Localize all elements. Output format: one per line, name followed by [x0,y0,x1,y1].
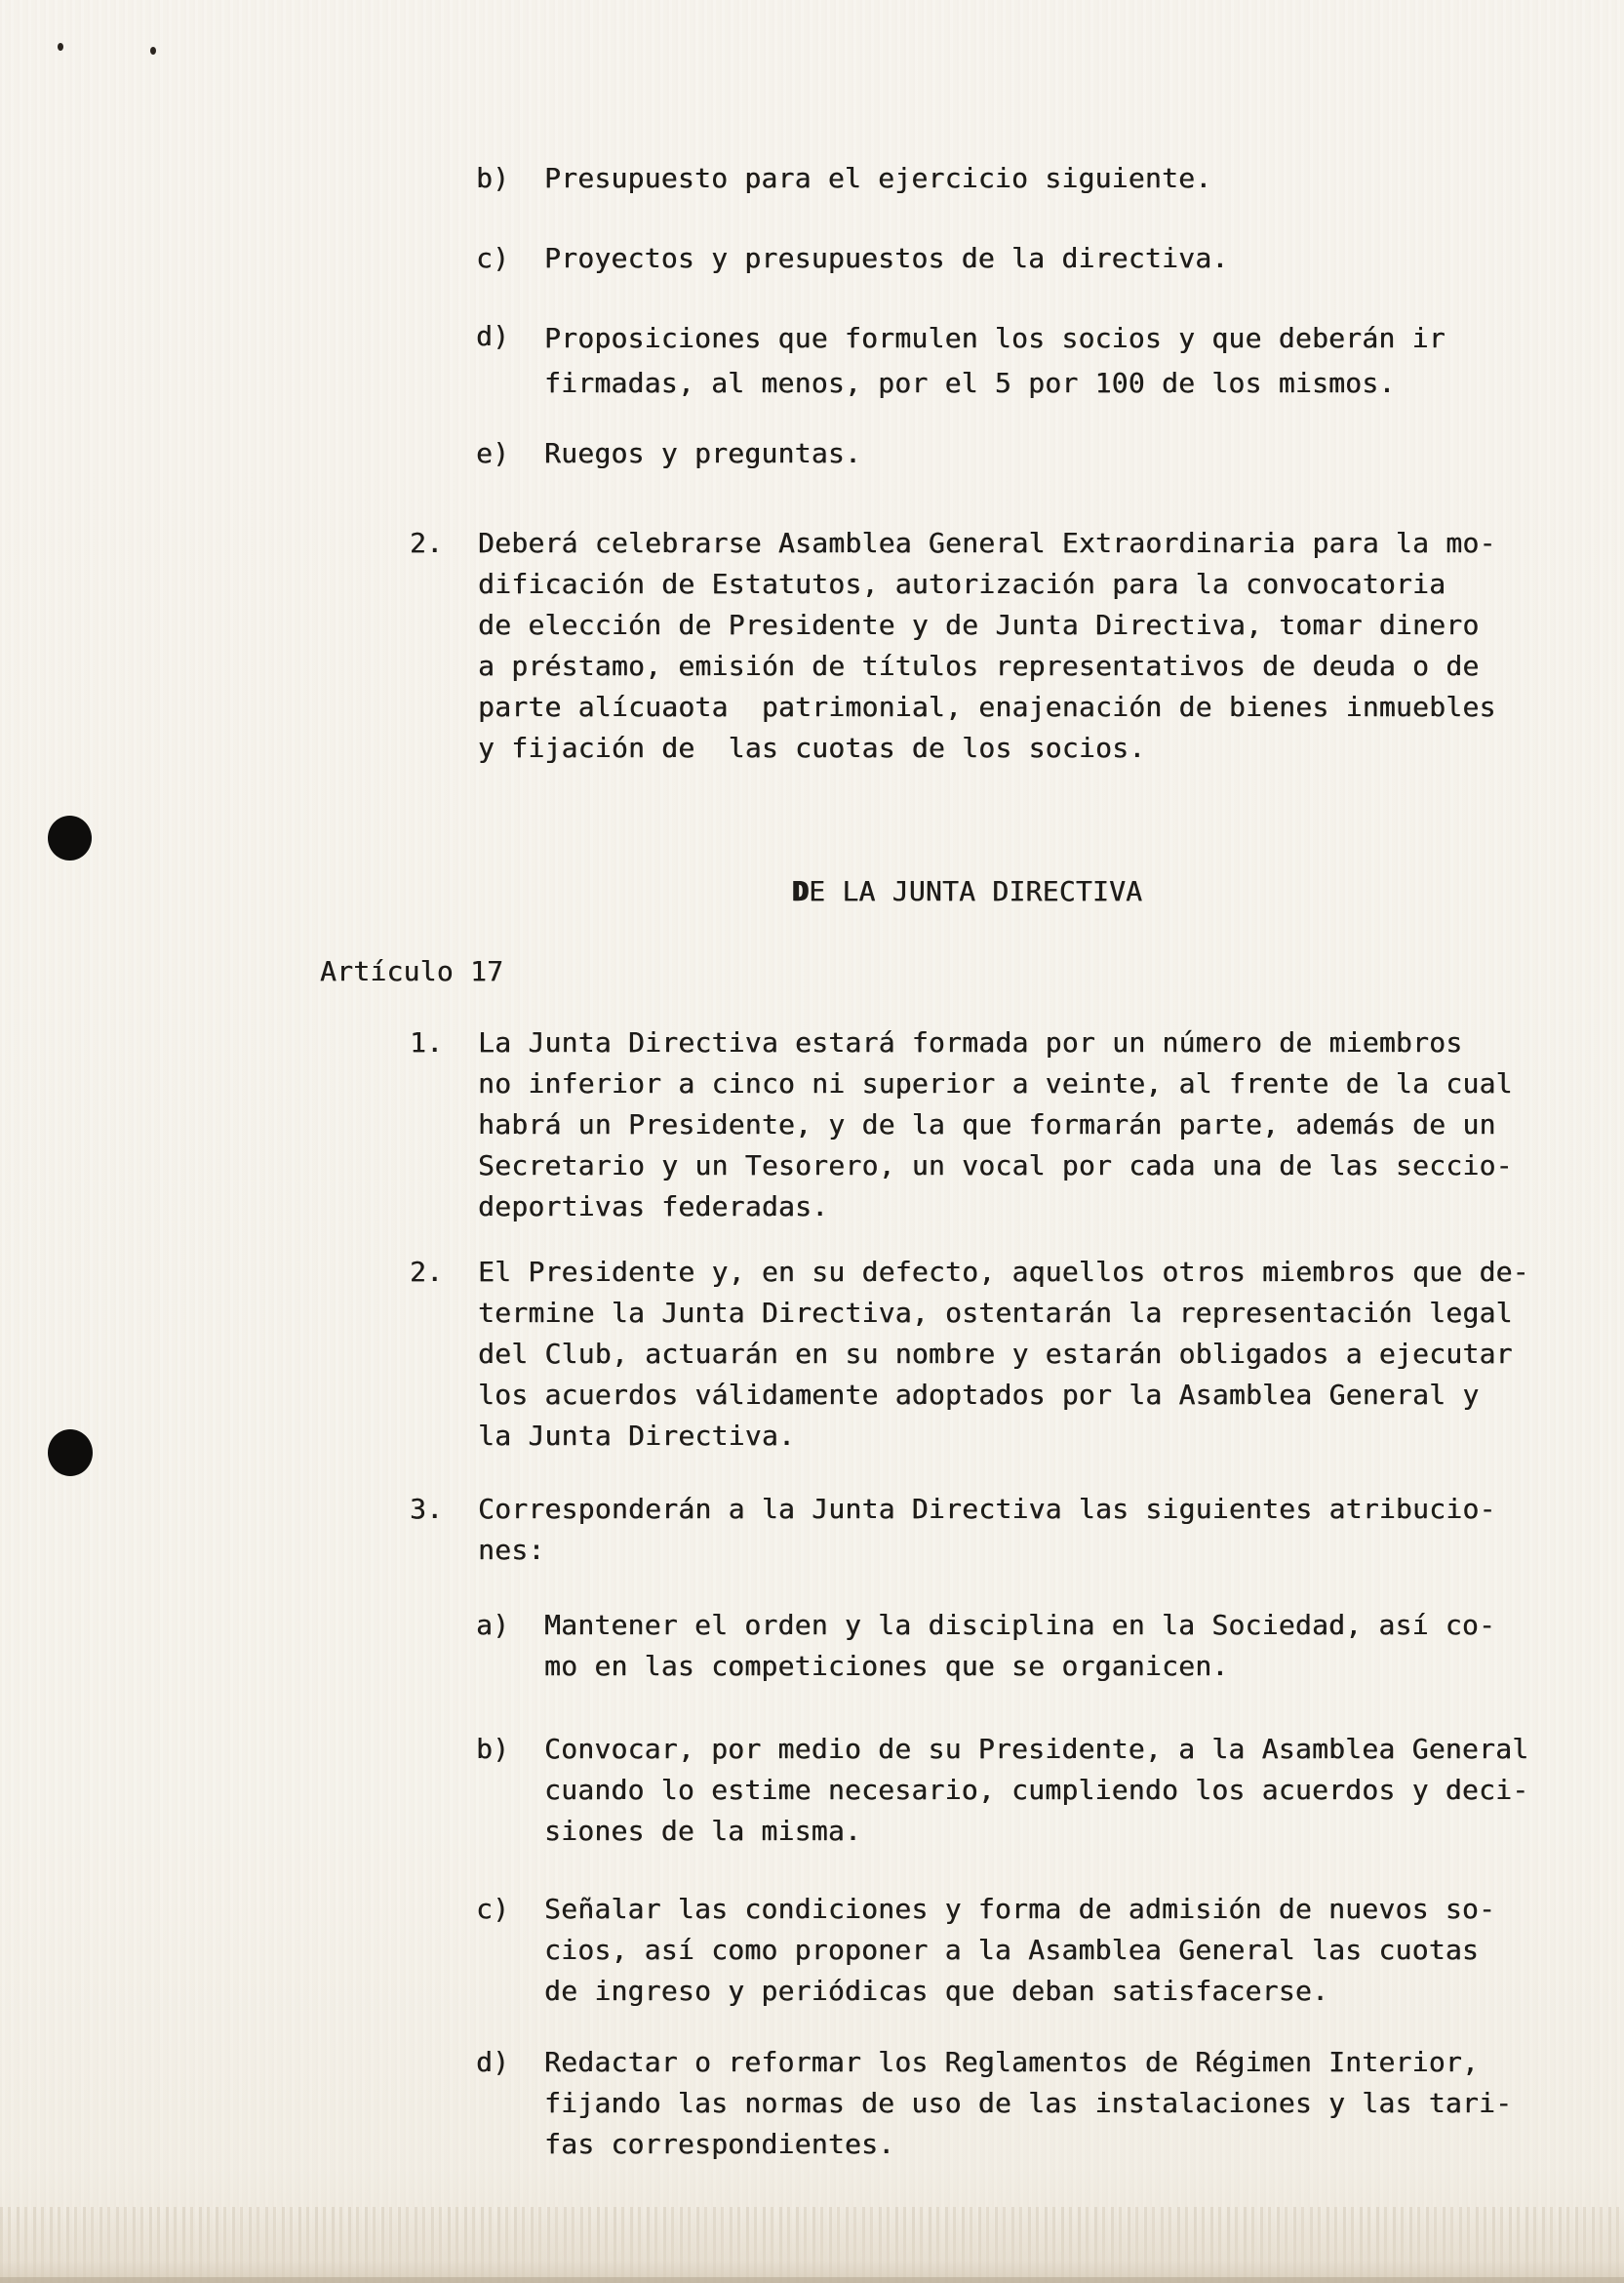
item-marker: e) [476,433,509,474]
overstruck-letter: D [792,875,809,907]
item-marker: a) [476,1605,509,1646]
scan-speck [58,43,63,51]
section-heading-text: E LA JUNTA DIRECTIVA [809,875,1142,907]
text-line: y fijación de las cuotas de los socios. [478,728,1496,769]
item-marker: 2. [410,1252,443,1293]
text-line: mo en las competiciones que se organicen… [544,1646,1495,1687]
text-line: Señalar las condiciones y forma de admis… [544,1889,1495,1930]
text-line: Proyectos y presupuestos de la directiva… [544,238,1228,279]
item-marker: d) [476,2042,509,2083]
attribution-item-a: a) Mantener el orden y la disciplina en … [476,1605,1495,1687]
section-heading: DE LA JUNTA DIRECTIVA [792,871,1142,912]
item-marker: d) [476,316,509,357]
item-marker: c) [476,238,509,279]
attribution-item-c: c) Señalar las condiciones y forma de ad… [476,1889,1495,2012]
item-marker: 1. [410,1022,443,1063]
attribution-item-d: d) Redactar o reformar los Reglamentos d… [476,2042,1512,2165]
text-line: fijando las normas de uso de las instala… [544,2083,1512,2124]
article-paragraph-3: 3. Corresponderán a la Junta Directiva l… [410,1489,1496,1571]
scan-edge-shadow [0,2207,1624,2283]
text-line: El Presidente y, en su defecto, aquellos… [478,1252,1529,1293]
hole-punch-mark [48,1429,93,1476]
text-line: de elección de Presidente y de Junta Dir… [478,605,1496,646]
text-line: a préstamo, emisión de títulos represent… [478,646,1496,687]
item-marker: c) [476,1889,509,1930]
text-line: Ruegos y preguntas. [544,433,861,474]
text-line: del Club, actuarán en su nombre y estará… [478,1334,1529,1375]
text-line: Presupuesto para el ejercicio siguiente. [544,158,1211,199]
article-paragraph-2: 2. El Presidente y, en su defecto, aquel… [410,1252,1529,1457]
article-title: Artículo 17 [320,951,503,992]
text-line: habrá un Presidente, y de la que formará… [478,1104,1513,1145]
numbered-paragraph-2: 2. Deberá celebrarse Asamblea General Ex… [410,523,1496,769]
item-marker: b) [476,1729,509,1770]
text-line: cuando lo estime necesario, cumpliendo l… [544,1770,1528,1811]
text-line: fas correspondientes. [544,2124,1512,2165]
text-line: firmadas, al menos, por el 5 por 100 de … [544,361,1446,406]
text-line: nes: [478,1530,1496,1571]
text-line: termine la Junta Directiva, ostentarán l… [478,1293,1529,1334]
attribution-item-b: b) Convocar, por medio de su Presidente,… [476,1729,1528,1852]
text-line: Mantener el orden y la disciplina en la … [544,1605,1495,1646]
text-line: siones de la misma. [544,1811,1528,1852]
text-line: dificación de Estatutos, autorización pa… [478,564,1496,605]
text-line: Proposiciones que formulen los socios y … [544,316,1446,361]
item-marker: 2. [410,523,443,564]
text-line: Deberá celebrarse Asamblea General Extra… [478,523,1496,564]
scanned-document-page: b) Presupuesto para el ejercicio siguien… [0,0,1624,2283]
text-line: la Junta Directiva. [478,1416,1529,1457]
text-line: Redactar o reformar los Reglamentos de R… [544,2042,1512,2083]
text-line: parte alícuaota patrimonial, enajenación… [478,687,1496,728]
text-line: no inferior a cinco ni superior a veinte… [478,1063,1513,1104]
text-line: Secretario y un Tesorero, un vocal por c… [478,1145,1513,1186]
scan-speck [150,47,156,55]
text-line: los acuerdos válidamente adoptados por l… [478,1375,1529,1416]
text-line: deportivas federadas. [478,1186,1513,1227]
text-line: Convocar, por medio de su Presidente, a … [544,1729,1528,1770]
text-line: de ingreso y periódicas que deban satisf… [544,1971,1495,2012]
article-paragraph-1: 1. La Junta Directiva estará formada por… [410,1022,1513,1227]
item-marker: b) [476,158,509,199]
text-line: Corresponderán a la Junta Directiva las … [478,1489,1496,1530]
list-item-c: c) Proyectos y presupuestos de la direct… [476,238,1228,279]
text-line: cios, así como proponer a la Asamblea Ge… [544,1930,1495,1971]
list-item-d: d) Proposiciones que formulen los socios… [476,316,1446,406]
text-line: La Junta Directiva estará formada por un… [478,1022,1513,1063]
item-marker: 3. [410,1489,443,1530]
list-item-b: b) Presupuesto para el ejercicio siguien… [476,158,1211,199]
list-item-e: e) Ruegos y preguntas. [476,433,861,474]
hole-punch-mark [48,816,92,861]
